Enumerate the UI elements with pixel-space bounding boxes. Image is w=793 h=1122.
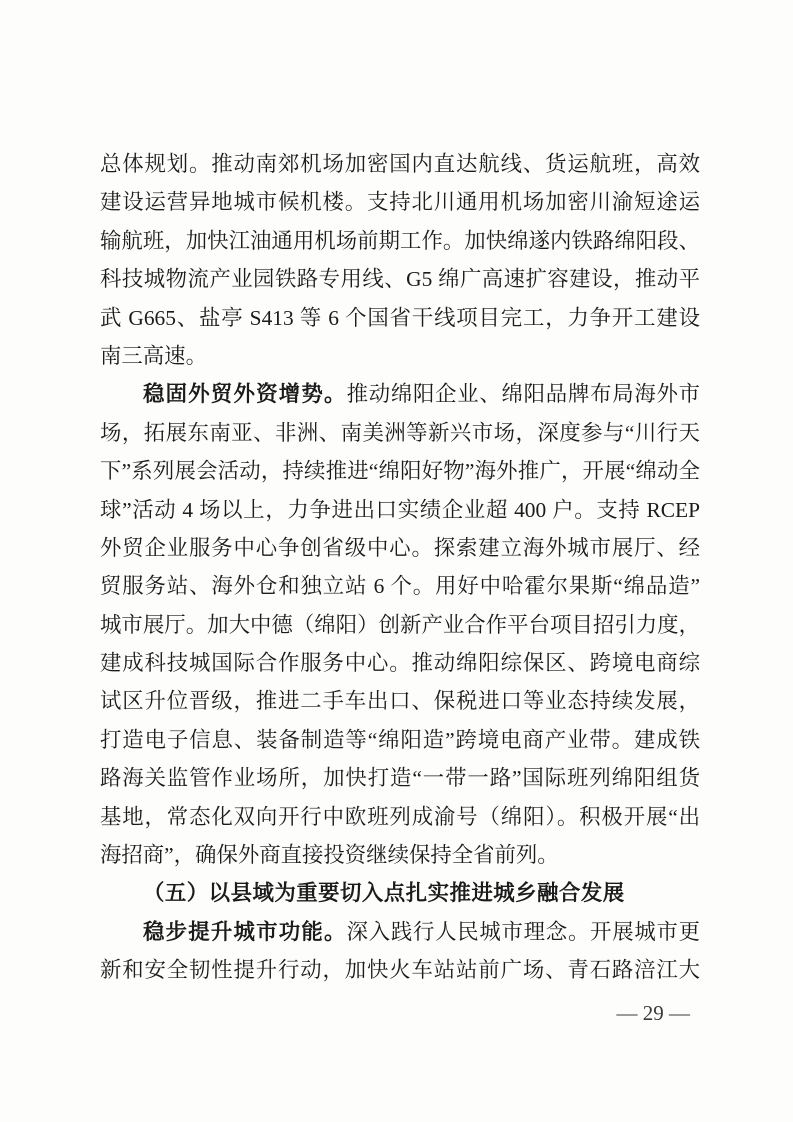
text-segment: 深入践行人民城市理念。开展城市更	[347, 920, 700, 944]
text-segment: 试区升位晋级，推进二手车出口、保税进口等业态持续发展，	[100, 689, 700, 713]
text-segment: 总体规划。推动南郊机场加密国内直达航线、货运航班，高效	[100, 152, 700, 176]
body-line: 场，拓展东南亚、非洲、南美洲等新兴市场，深度参与“川行天	[100, 414, 700, 452]
document-page: 总体规划。推动南郊机场加密国内直达航线、货运航班，高效建设运营异地城市候机楼。支…	[0, 0, 793, 1122]
text-segment: 基地，常态化双向开行中欧班列成渝号（绵阳）。积极开展“出	[100, 805, 700, 829]
text-block: 总体规划。推动南郊机场加密国内直达航线、货运航班，高效建设运营异地城市候机楼。支…	[100, 145, 700, 990]
bold-lead-text: 稳固外贸外资增势。	[143, 382, 347, 406]
bold-lead-text: （五）以县域为重要切入点扎实推进城乡融合发展	[143, 881, 625, 905]
body-line: 打造电子信息、装备制造等“绵阳造”跨境电商产业带。建成铁	[100, 721, 700, 759]
body-line: 外贸企业服务中心争创省级中心。探索建立海外城市展厅、经	[100, 529, 700, 567]
text-segment: 城市展厅。加大中德（绵阳）创新产业合作平台项目招引力度，	[100, 613, 700, 637]
text-segment: 建设运营异地城市候机楼。支持北川通用机场加密川渝短途运	[100, 190, 700, 214]
body-line: 科技城物流产业园铁路专用线、G5 绵广高速扩容建设，推动平	[100, 260, 700, 298]
section-heading: （五）以县域为重要切入点扎实推进城乡融合发展	[100, 874, 700, 912]
body-line: 建成科技城国际合作服务中心。推动绵阳综保区、跨境电商综	[100, 644, 700, 682]
text-segment: 科技城物流产业园铁路专用线、G5 绵广高速扩容建设，推动平	[100, 267, 700, 291]
text-segment: 路海关监管作业场所，加快打造“一带一路”国际班列绵阳组货	[100, 766, 700, 790]
body-line: 城市展厅。加大中德（绵阳）创新产业合作平台项目招引力度，	[100, 606, 700, 644]
body-line: 基地，常态化双向开行中欧班列成渝号（绵阳）。积极开展“出	[100, 798, 700, 836]
body-line: 武 G665、盐亭 S413 等 6 个国省干线项目完工，力争开工建设	[100, 299, 700, 337]
body-line: 路海关监管作业场所，加快打造“一带一路”国际班列绵阳组货	[100, 759, 700, 797]
body-line: 总体规划。推动南郊机场加密国内直达航线、货运航班，高效	[100, 145, 700, 183]
text-segment: 南三高速。	[100, 344, 207, 368]
text-segment: 新和安全韧性提升行动，加快火车站站前广场、青石路涪江大	[100, 958, 700, 982]
body-line: 稳固外贸外资增势。推动绵阳企业、绵阳品牌布局海外市	[100, 375, 700, 413]
text-segment: 下”系列展会活动，持续推进“绵阳好物”海外推广，开展“绵动全	[100, 459, 700, 483]
body-line: 下”系列展会活动，持续推进“绵阳好物”海外推广，开展“绵动全	[100, 452, 700, 490]
body-line: 南三高速。	[100, 337, 700, 375]
text-segment: 打造电子信息、装备制造等“绵阳造”跨境电商产业带。建成铁	[100, 728, 700, 752]
text-segment: 武 G665、盐亭 S413 等 6 个国省干线项目完工，力争开工建设	[100, 306, 700, 330]
body-line: 海招商”，确保外商直接投资继续保持全省前列。	[100, 836, 700, 874]
text-segment: 输航班，加快江油通用机场前期工作。加快绵遂内铁路绵阳段、	[100, 229, 700, 253]
body-line: 贸服务站、海外仓和独立站 6 个。用好中哈霍尔果斯“绵品造”	[100, 567, 700, 605]
text-segment: 贸服务站、海外仓和独立站 6 个。用好中哈霍尔果斯“绵品造”	[100, 574, 700, 598]
text-segment: 推动绵阳企业、绵阳品牌布局海外市	[347, 382, 700, 406]
text-segment: 外贸企业服务中心争创省级中心。探索建立海外城市展厅、经	[100, 536, 700, 560]
text-segment: 场，拓展东南亚、非洲、南美洲等新兴市场，深度参与“川行天	[100, 421, 700, 445]
page-number: — 29 —	[100, 1000, 690, 1026]
body-line: 输航班，加快江油通用机场前期工作。加快绵遂内铁路绵阳段、	[100, 222, 700, 260]
body-line: 稳步提升城市功能。深入践行人民城市理念。开展城市更	[100, 913, 700, 951]
body-line: 建设运营异地城市候机楼。支持北川通用机场加密川渝短途运	[100, 183, 700, 221]
text-segment: 球”活动 4 场以上，力争进出口实绩企业超 400 户。支持 RCEP	[100, 498, 700, 522]
body-line: 试区升位晋级，推进二手车出口、保税进口等业态持续发展，	[100, 682, 700, 720]
text-segment: 海招商”，确保外商直接投资继续保持全省前列。	[100, 843, 559, 867]
bold-lead-text: 稳步提升城市功能。	[143, 920, 347, 944]
text-segment: 建成科技城国际合作服务中心。推动绵阳综保区、跨境电商综	[100, 651, 700, 675]
body-line: 球”活动 4 场以上，力争进出口实绩企业超 400 户。支持 RCEP	[100, 491, 700, 529]
body-line: 新和安全韧性提升行动，加快火车站站前广场、青石路涪江大	[100, 951, 700, 989]
